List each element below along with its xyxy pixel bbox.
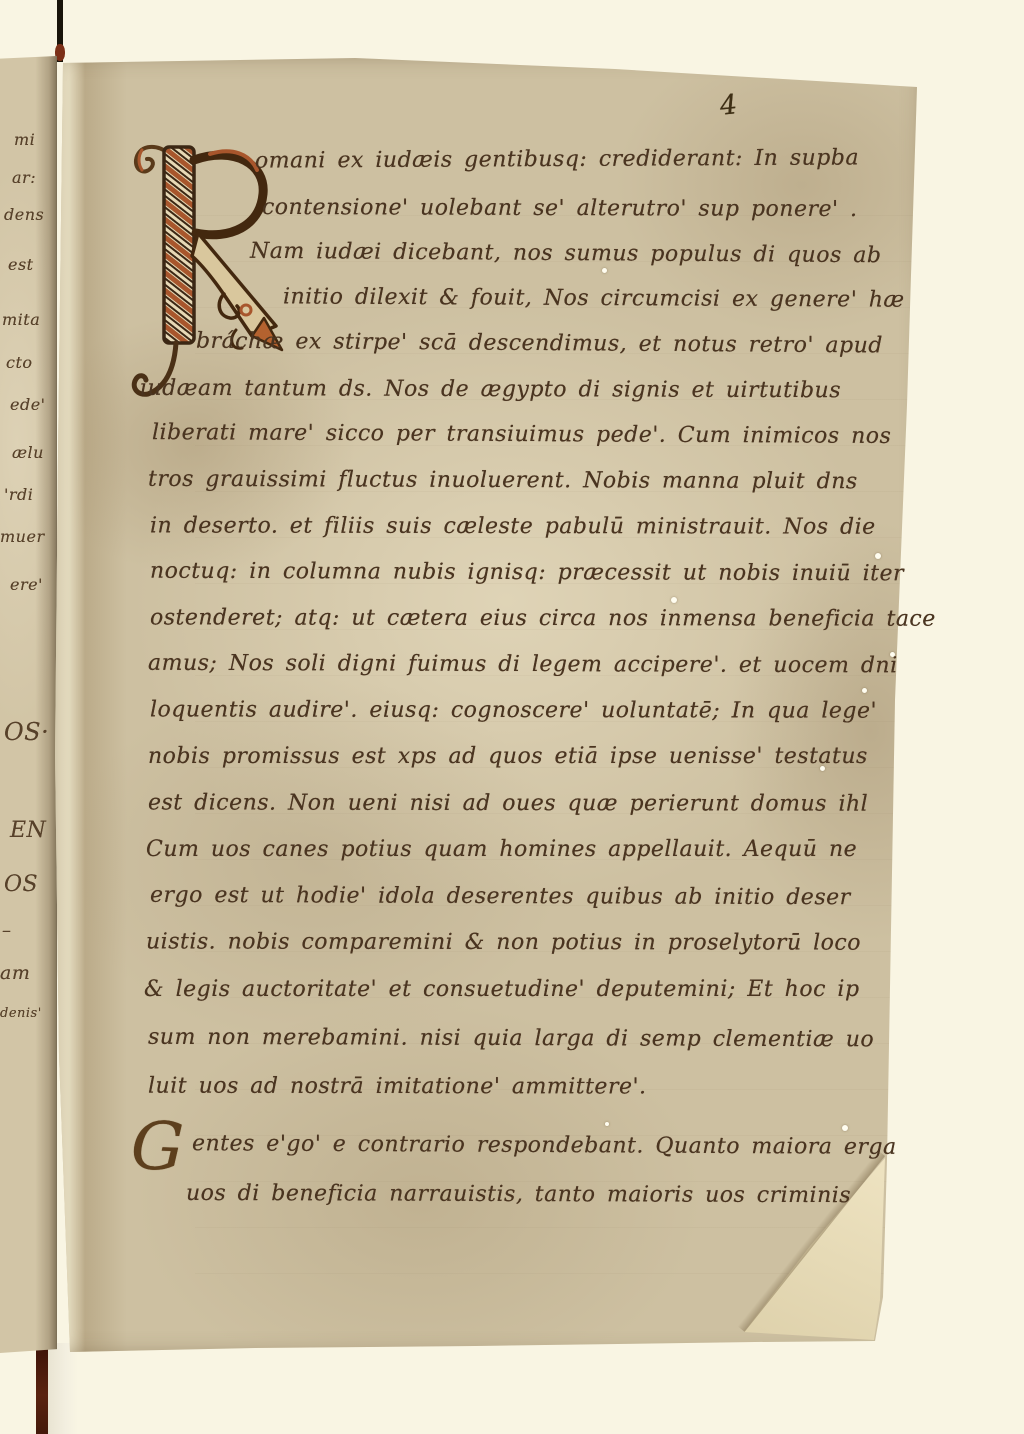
page-edge-stack (48, 1343, 78, 1434)
ruling-lines (195, 215, 915, 1275)
manuscript-scan: 4 R (0, 0, 1024, 1434)
facing-page-sliver (0, 56, 57, 1353)
binding-spine-bottom (36, 1348, 48, 1434)
parchment-page (55, 55, 923, 1355)
